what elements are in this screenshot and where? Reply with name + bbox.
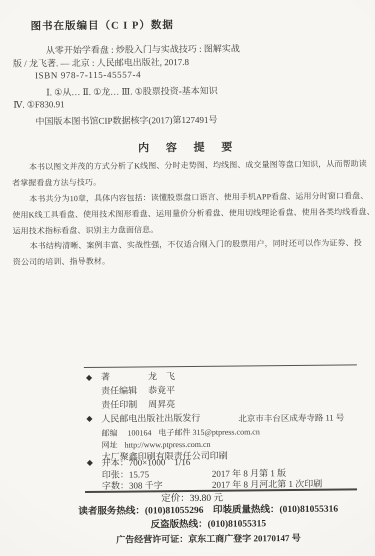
scanned-sheet: 图书在版编目（C I P）数据 从零开始学看盘 : 炒股入门与实战技巧 : 图解…	[0, 0, 375, 556]
format-spec: 开本：700×1000 1/16	[102, 457, 191, 469]
abstract-line: 使用K线工具看盘、使用技术图形看盘、运用量价分析看盘、使用切线理论看盘、使用各类…	[12, 207, 374, 220]
cip-biblio-line-2: 版 / 龙飞著. — 北京 : 人民邮电出版社, 2017.8	[13, 57, 189, 69]
diamond-bullet-icon: ◆	[87, 458, 93, 468]
abstract-line: 本书以图文并茂的方式分析了K线图、分时走势图、均线图、成交量图等盘口知识，从而帮…	[12, 159, 367, 172]
ad-license-line: 广告经营许可证：京东工商广登字 20170147 号	[42, 532, 374, 546]
email-value: 315@ptpress.com.cn	[192, 427, 259, 437]
publisher-name: 人民邮电出版社出版发行	[101, 413, 200, 425]
postcode-label: 邮编	[101, 429, 117, 439]
cip-heading: 图书在版编目（C I P）数据	[31, 20, 174, 34]
cip-isbn-line: ISBN 978-7-115-45557-4	[35, 69, 141, 81]
cip-record-number: 中国版本图书馆CIP数据核字(2017)第127491号	[35, 115, 217, 128]
author-label: 著	[101, 372, 110, 383]
cip-biblio-line-1: 从零开始学看盘 : 炒股入门与实战技巧 : 图解实战	[46, 43, 240, 56]
author-name: 龙 飞	[148, 371, 175, 382]
print-supervisor-name: 周昇亮	[148, 399, 175, 410]
email-label: 电子邮件	[158, 428, 190, 438]
book-copyright-page: 图书在版编目（C I P）数据 从零开始学看盘 : 炒股入门与实战技巧 : 图解…	[0, 0, 375, 556]
abstract-line: 本书共分为10章，具体内容包括：读懂股票盘口语言、使用手机APP看盘、运用分时窗…	[12, 191, 368, 204]
website-label: 网址	[102, 441, 118, 451]
abstract-line: 资公司的培训、指导教材。	[13, 257, 110, 268]
anti-piracy-hotline-line: 反盗版热线：(010)81055315	[42, 518, 374, 533]
editor-name: 恭竟平	[148, 385, 175, 396]
publisher-address: 北京市丰台区成寿寺路 11 号	[238, 413, 344, 424]
editor-label: 责任编辑	[101, 385, 137, 396]
printed-sheets: 印张：15.75	[102, 469, 149, 480]
service-hotline-line: 读者服务热线：(010)81055296 印装质量热线：(010)8105531…	[42, 504, 374, 519]
postcode-value: 100164	[127, 428, 151, 438]
abstract-line: 者掌握看盘方法与技巧。	[12, 178, 101, 188]
cip-classification-line-1: Ⅰ. ①从… Ⅱ. ①龙… Ⅲ. ①股票投资-基本知识	[46, 86, 218, 98]
edition-date: 2017 年 8 月第 1 版	[212, 468, 286, 480]
cip-classification-line-2: Ⅳ. ①F830.91	[13, 99, 64, 110]
abstract-line: 运用技术指标看盘、识别主力盘面信息。	[12, 225, 158, 236]
print-supervisor-label: 责任印制	[101, 399, 137, 410]
diamond-bullet-icon: ◆	[86, 414, 92, 424]
abstract-heading: 内 容 提 要	[14, 140, 364, 157]
abstract-line: 本书结构清晰、案例丰富、实战性强，不仅适合刚入门的股票用户，同时还可以作为证券、…	[13, 238, 362, 251]
diamond-bullet-icon: ◆	[86, 373, 92, 383]
colophon-top-rule	[84, 364, 357, 368]
website-url: http://www.ptpress.com.cn	[125, 440, 211, 450]
